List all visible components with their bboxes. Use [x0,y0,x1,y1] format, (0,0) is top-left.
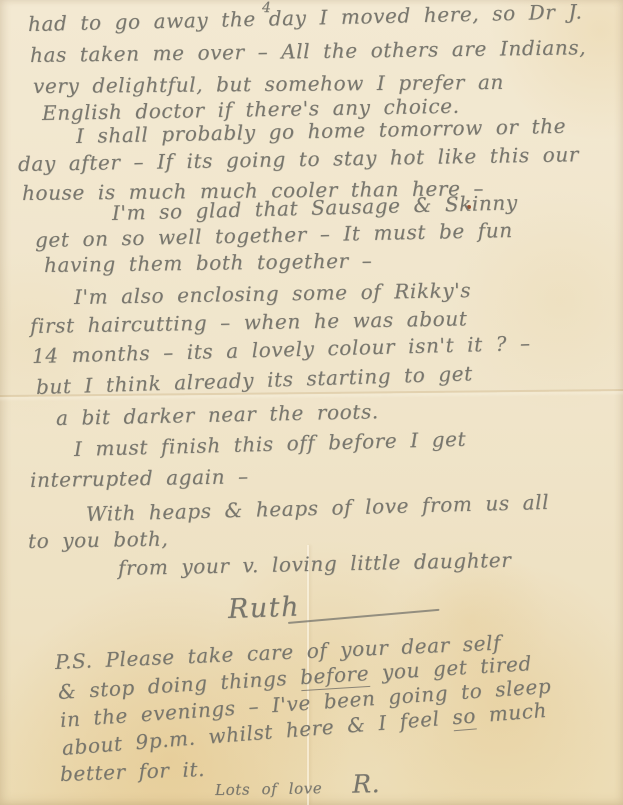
underlined-word: so [451,703,476,731]
handwritten-line: a bit darker near the roots. [56,399,379,430]
letter-page: 4 had to go away the day I moved here, s… [0,0,623,805]
postscript-line: better for it. [60,757,206,786]
closing-line: Lots of loveR. [215,769,381,801]
signature-flourish [288,609,440,624]
handwritten-line: interrupted again – [30,464,249,492]
handwritten-line: I must finish this off before I get [74,427,467,461]
signature: Ruth [227,591,300,624]
handwritten-line: from your v. loving little daughter [118,548,512,580]
handwritten-line: first haircutting – when he was about [30,306,468,338]
handwritten-line: With heaps & heaps of love from us all [86,490,550,526]
handwritten-line: having them both together – [44,248,373,277]
handwritten-line: get on so well together – It must be fun [35,218,513,252]
handwritten-line: I'm also enclosing some of Rikky's [74,278,472,309]
closing-text: Lots of love [215,779,323,799]
closing-initial: R. [352,769,380,798]
handwritten-line: to you both, [28,527,169,553]
handwritten-line: had to go away the day I moved here, so … [28,0,583,36]
postscript-text: much [475,698,548,728]
handwritten-line: has taken me over – All the others are I… [30,35,586,67]
